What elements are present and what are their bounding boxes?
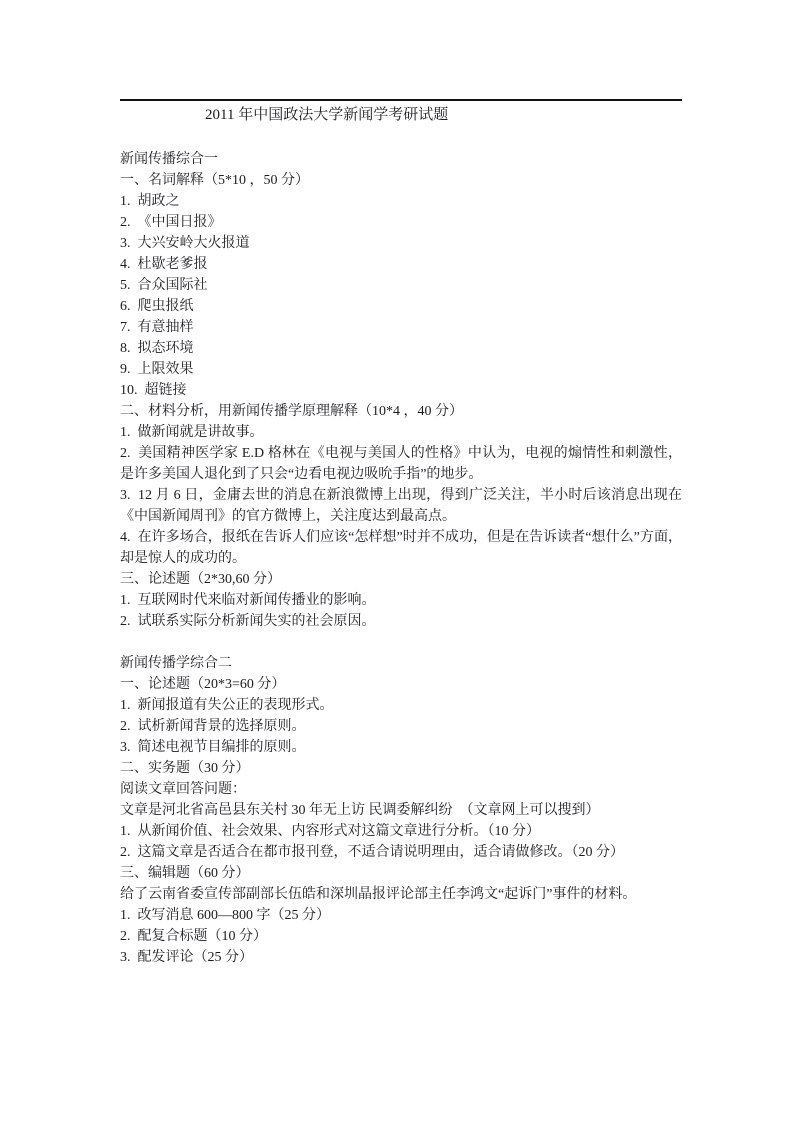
- exam-item: 2. 试联系实际分析新闻失实的社会原因。: [120, 611, 682, 632]
- exam-item: 2. 配复合标题（10 分）: [120, 926, 682, 947]
- exam-item: 6. 爬虫报纸: [120, 296, 682, 317]
- exam-item: 2. 美国精神医学家 E.D 格林在《电视与美国人的性格》中认为，电视的煽情性和…: [120, 443, 682, 485]
- question-group-label: 二、实务题（30 分）: [120, 758, 682, 779]
- question-intro: 给了云南省委宣传部副部长伍皓和深圳晶报评论部主任李鸿文“起诉门”事件的材料。: [120, 884, 682, 905]
- exam-item: 1. 新闻报道有失公正的表现形式。: [120, 695, 682, 716]
- exam-item: 3. 大兴安岭大火报道: [120, 233, 682, 254]
- exam-item: 2. 《中国日报》: [120, 212, 682, 233]
- exam-item: 2. 试析新闻背景的选择原则。: [120, 716, 682, 737]
- exam-item: 4. 在许多场合，报纸在告诉人们应该“怎样想”时并不成功，但是在告诉读者“想什么…: [120, 527, 682, 569]
- exam-item: 1. 胡政之: [120, 191, 682, 212]
- document-content: 2011 年中国政法大学新闻学考研试题 新闻传播综合一 一、名词解释（5*10 …: [120, 99, 682, 968]
- question-group-label: 二、材料分析，用新闻传播学原理解释（10*4 ，40 分）: [120, 401, 682, 422]
- question-intro: 阅读文章回答问题：: [120, 779, 682, 800]
- exam-item: 3. 配发评论（25 分）: [120, 947, 682, 968]
- exam-item: 1. 互联网时代来临对新闻传播业的影响。: [120, 590, 682, 611]
- exam-item: 8. 拟态环境: [120, 338, 682, 359]
- exam-item: 1. 改写消息 600—800 字（25 分）: [120, 905, 682, 926]
- header-rule: [120, 99, 682, 101]
- section-news-comm-1: 新闻传播综合一 一、名词解释（5*10 ，50 分） 1. 胡政之 2. 《中国…: [120, 149, 682, 632]
- exam-document-page: 2011 年中国政法大学新闻学考研试题 新闻传播综合一 一、名词解释（5*10 …: [0, 0, 793, 1122]
- exam-item: 1. 从新闻价值、社会效果、内容形式对这篇文章进行分析。（10 分）: [120, 821, 682, 842]
- question-group-label: 一、论述题（20*3=60 分）: [120, 674, 682, 695]
- question-intro: 文章是河北省高邑县东关村 30 年无上访 民调委解纠纷 （文章网上可以搜到）: [120, 800, 682, 821]
- exam-item: 1. 做新闻就是讲故事。: [120, 422, 682, 443]
- document-title: 2011 年中国政法大学新闻学考研试题: [205, 105, 682, 126]
- exam-item: 3. 简述电视节目编排的原则。: [120, 737, 682, 758]
- question-group-label: 三、编辑题（60 分）: [120, 863, 682, 884]
- exam-item: 5. 合众国际社: [120, 275, 682, 296]
- exam-item: 10. 超链接: [120, 380, 682, 401]
- exam-item: 9. 上限效果: [120, 359, 682, 380]
- question-group-label: 一、名词解释（5*10 ，50 分）: [120, 170, 682, 191]
- section-heading: 新闻传播综合一: [120, 149, 682, 170]
- question-group-label: 三、论述题（2*30,60 分）: [120, 569, 682, 590]
- exam-item: 7. 有意抽样: [120, 317, 682, 338]
- section-heading: 新闻传播学综合二: [120, 653, 682, 674]
- exam-item: 4. 杜歇老爹报: [120, 254, 682, 275]
- exam-item: 2. 这篇文章是否适合在都市报刊登，不适合请说明理由，适合请做修改。（20 分）: [120, 842, 682, 863]
- exam-item: 3. 12 月 6 日，金庸去世的消息在新浪微博上出现，得到广泛关注，半小时后该…: [120, 485, 682, 527]
- section-news-comm-2: 新闻传播学综合二 一、论述题（20*3=60 分） 1. 新闻报道有失公正的表现…: [120, 653, 682, 968]
